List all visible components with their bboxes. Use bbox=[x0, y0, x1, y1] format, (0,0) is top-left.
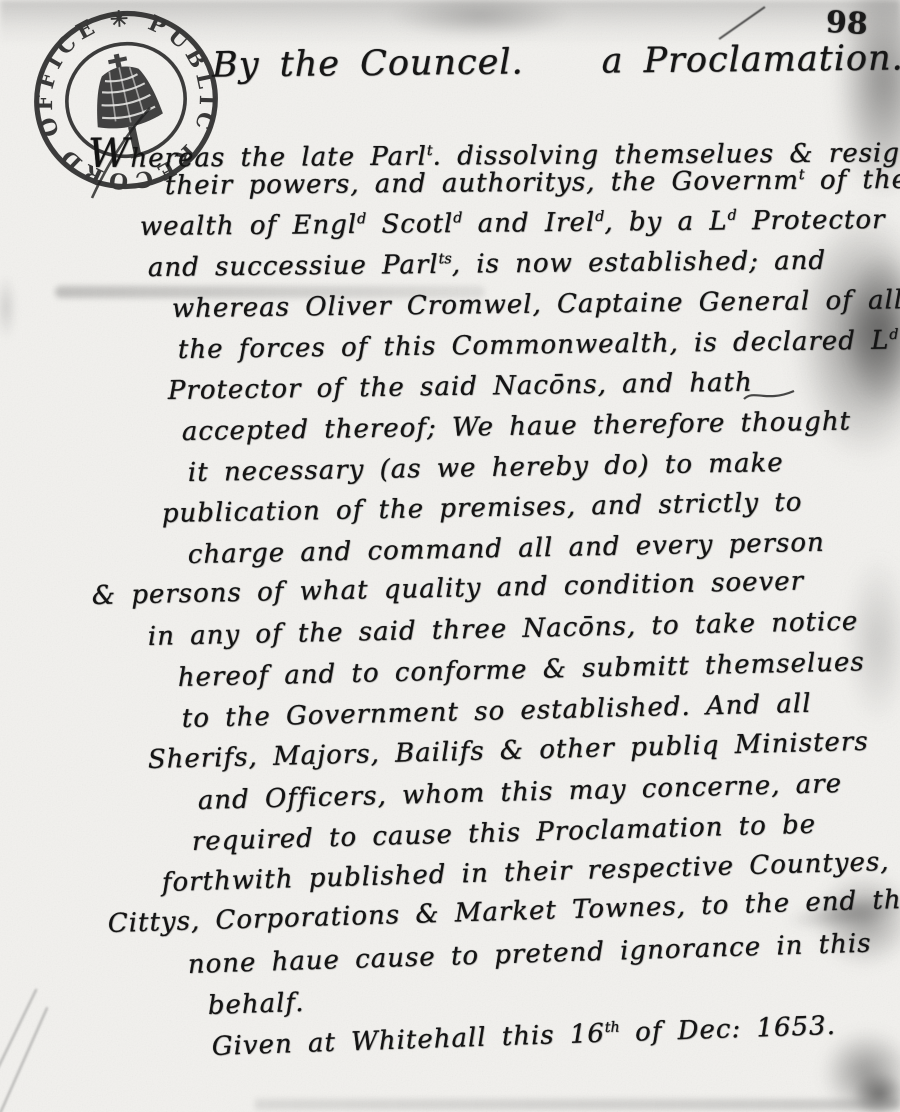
manuscript-body: Whereas the late Parlt. dissolving thems… bbox=[0, 130, 900, 1073]
document-page: ✳ PUBLIC RECORD OFFICE 98 By the Councel… bbox=[0, 0, 900, 1112]
page-number: 98 bbox=[825, 5, 869, 42]
stain-mark bbox=[390, 0, 570, 38]
manuscript-line: Whereas the late Parlt. dissolving thems… bbox=[88, 124, 900, 171]
stain-mark bbox=[255, 1099, 900, 1110]
stain-mark bbox=[852, 1072, 900, 1112]
document-heading: By the Councel. a Proclamation. bbox=[212, 38, 900, 85]
heading-by-the-council: By the Councel. bbox=[212, 42, 524, 85]
pen-mark bbox=[718, 6, 765, 40]
heading-a-proclamation: a Proclamation. bbox=[601, 38, 900, 81]
